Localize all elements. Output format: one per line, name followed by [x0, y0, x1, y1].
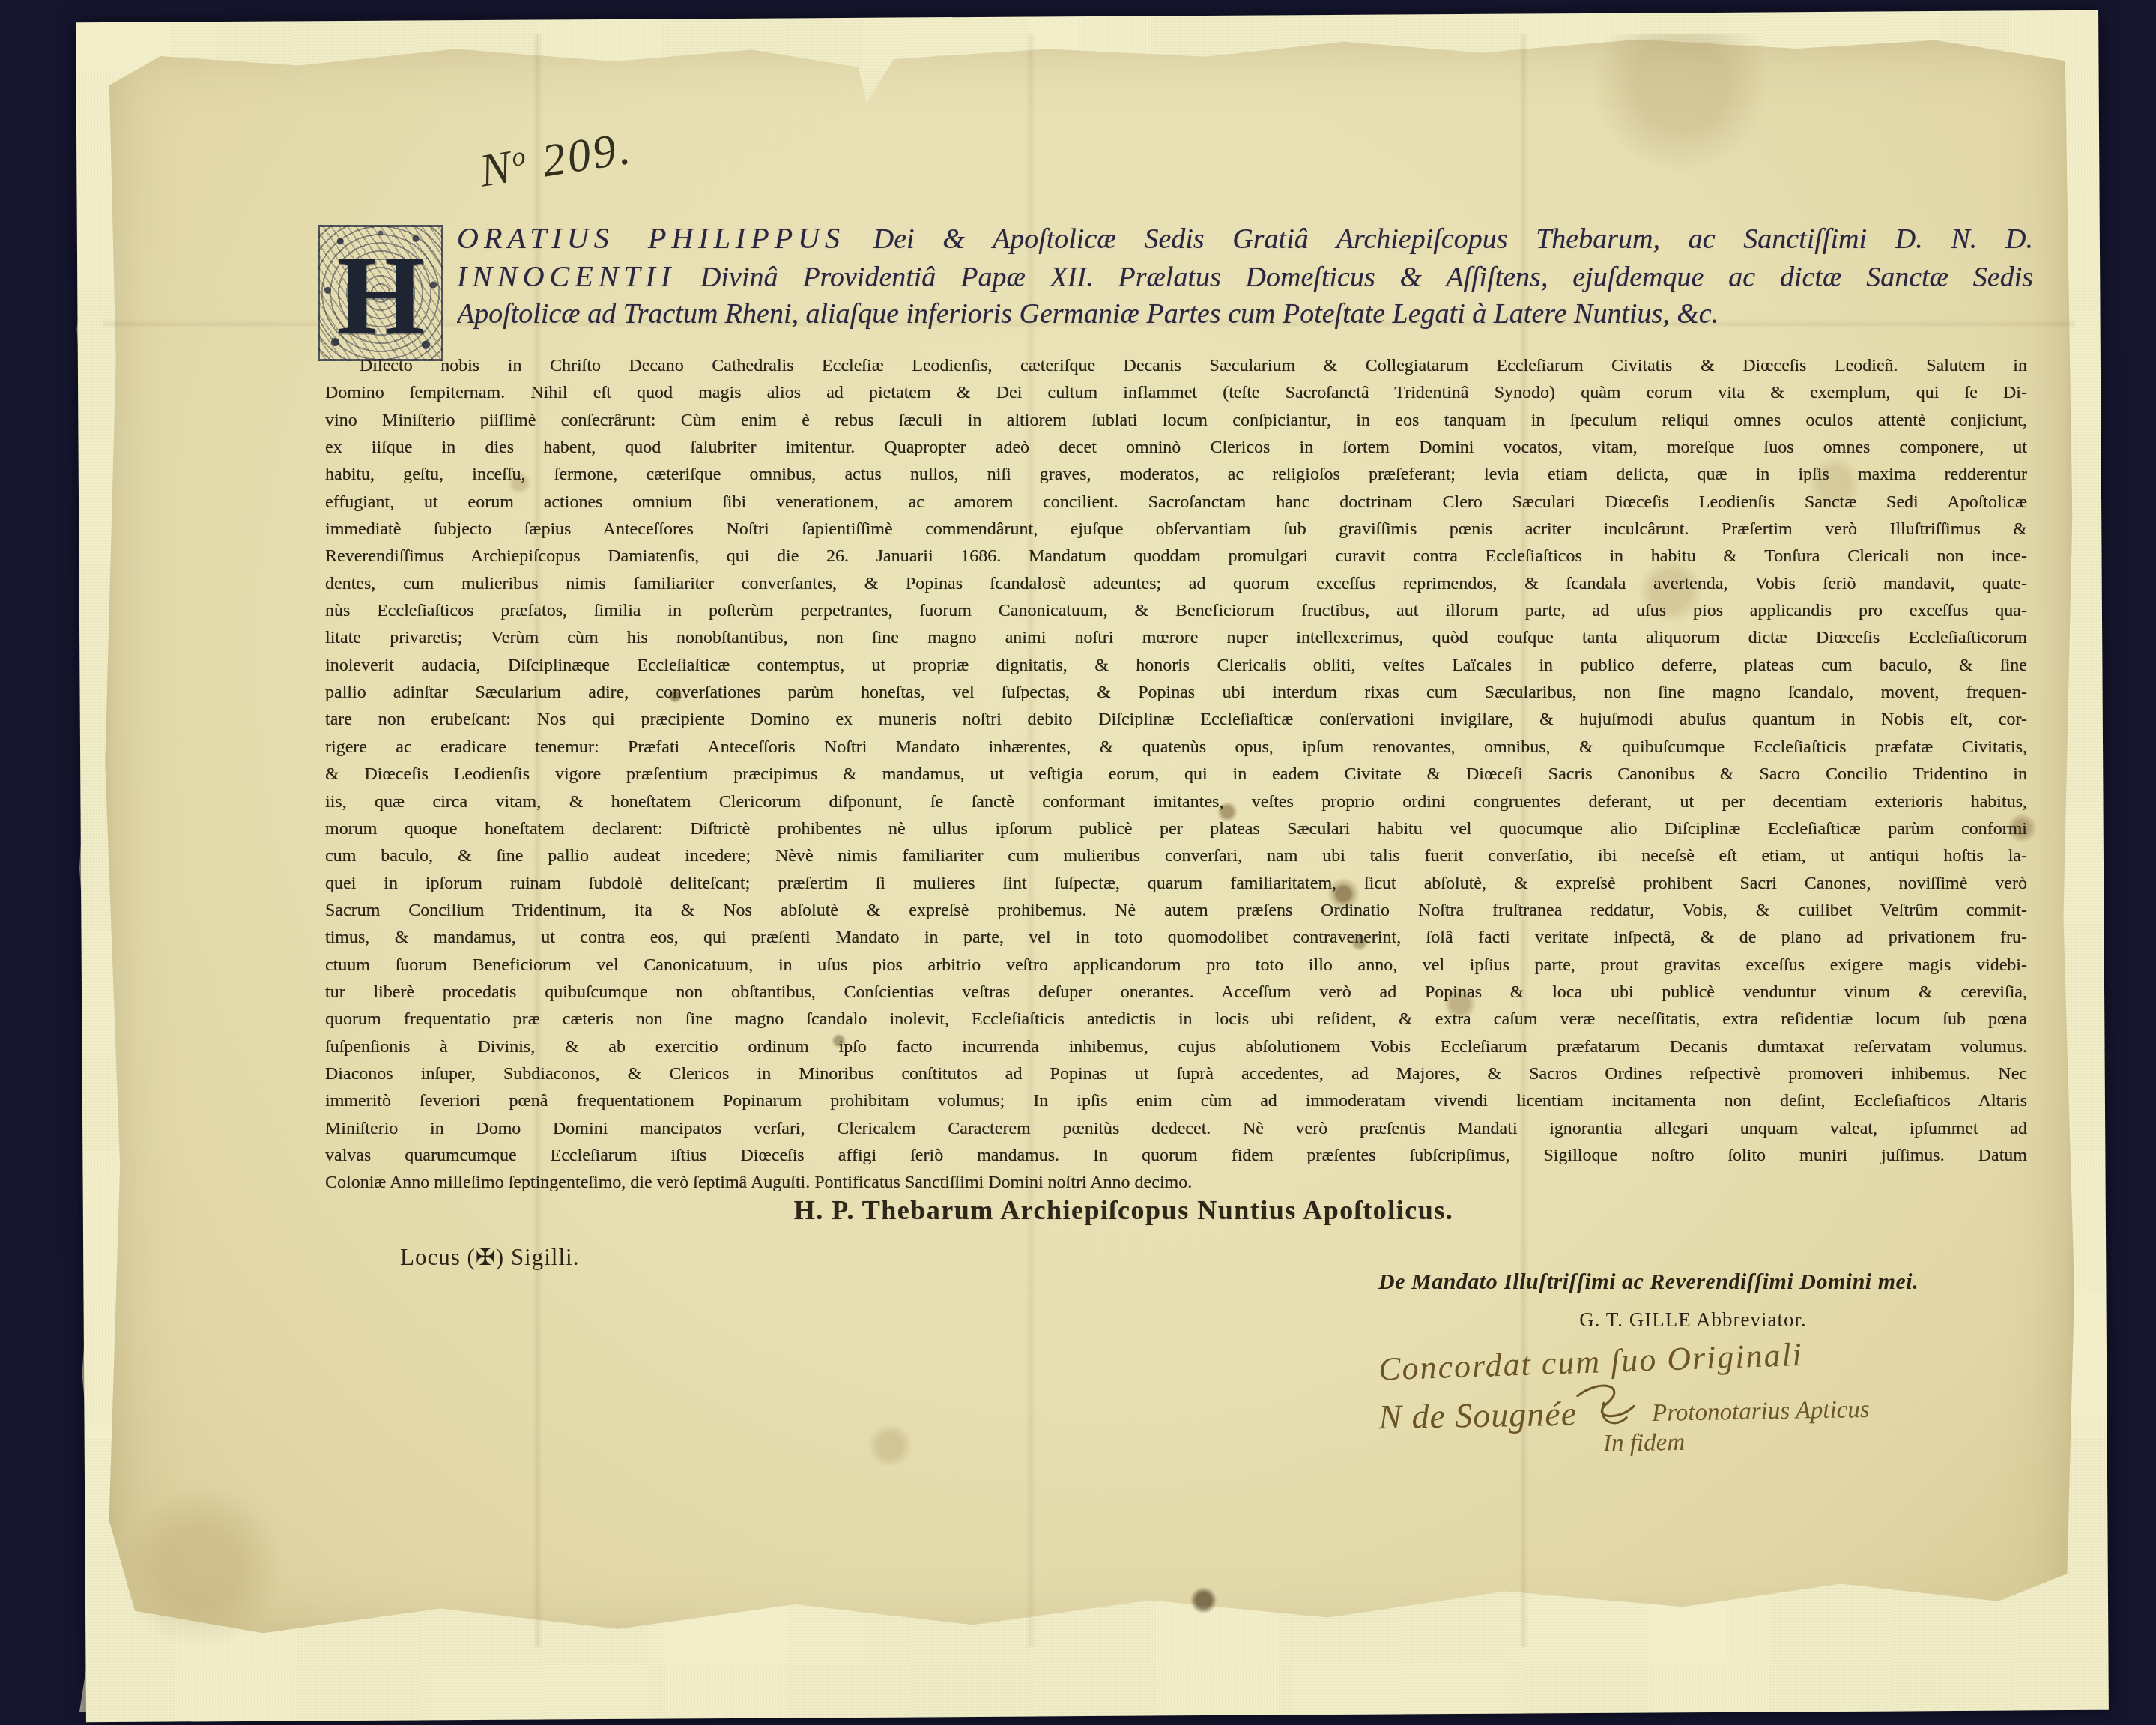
- body-line: effugiant, ut eorum actiones omnium ſibi…: [325, 489, 2027, 516]
- body-line: timus, & mandamus, ut contra eos, qui pr…: [325, 924, 2027, 951]
- body-line: habitu, geſtu, inceſſu, ſermone, cæteriſ…: [325, 461, 2027, 488]
- header-line-caps: INNOCENTII: [457, 259, 676, 293]
- body-line: rigere ac eradicare tenemur: Præfati Ant…: [325, 734, 2027, 761]
- body-line: iis, quæ circa vitam, & honeſtatem Cleri…: [325, 788, 2027, 815]
- abbreviator-line: G. T. GILLE Abbreviator.: [1378, 1308, 2008, 1332]
- header-line-rest: Apoſtolicæ ad Tractum Rheni, aliaſque in…: [457, 298, 1719, 330]
- drop-cap-letter: H: [337, 232, 425, 360]
- scanned-document-page: 170 No 209. H ORATIUS PHILIPPUS Dei & Ap…: [0, 0, 2156, 1725]
- body-line: tur liberè procedatis quibuſcumque non o…: [325, 979, 2027, 1006]
- body-line: morum quoque honeſtatem declarent: Diſtr…: [325, 815, 2027, 842]
- body-line: Miniſterio in Domo Domini mancipatos ver…: [325, 1115, 2027, 1142]
- body-line: Coloniæ Anno milleſimo ſeptingenteſimo, …: [325, 1169, 2027, 1196]
- header-line-rest: Dei & Apoſtolicæ Sedis Gratiâ Archiepiſc…: [845, 223, 2033, 255]
- header-line: INNOCENTII Divinâ Providentiâ Papæ XII. …: [457, 257, 2033, 295]
- body-text-block: Dilecto nobis in Chriſto Decano Cathedra…: [325, 352, 2027, 1197]
- header-lines: ORATIUS PHILIPPUS Dei & Apoſtolicæ Sedis…: [457, 219, 2033, 361]
- header-line-caps: ORATIUS PHILIPPUS: [457, 221, 845, 255]
- body-line: Sacrum Concilium Tridentinum, ita & Nos …: [325, 897, 2027, 924]
- header-line-rest: Divinâ Providentiâ Papæ XII. Prælatus Do…: [676, 262, 2033, 293]
- body-line: Diaconos inſuper, Subdiaconos, & Clerico…: [325, 1060, 2027, 1087]
- body-line: cum baculo, & ſine pallio audeat inceder…: [325, 842, 2027, 869]
- body-line: dentes, cum mulieribus nimis familiarite…: [325, 570, 2027, 597]
- woodcut-initial-drop-cap: H: [318, 225, 443, 361]
- body-line: vino Miniſterio piiſſimè conſecrârunt: C…: [325, 407, 2027, 434]
- body-line: & Diœceſis Leodienſis vigore præſentium …: [325, 761, 2027, 788]
- body-line: tare non erubeſcant: Nos qui præcipiente…: [325, 706, 2027, 733]
- mandate-note: De Mandato Illuſtriſſimi ac Reverendiſſi…: [1378, 1269, 2008, 1295]
- header-line: Apoſtolicæ ad Tractum Rheni, aliaſque in…: [457, 295, 2033, 333]
- body-line: litate privaretis; Verùm cùm his nonobſt…: [325, 624, 2027, 651]
- body-line: Reverendiſſimus Archiepiſcopus Damiatenſ…: [325, 543, 2027, 570]
- body-line: immediatè ſubjecto ſæpius Anteceſſores N…: [325, 516, 2027, 543]
- body-line: Dilecto nobis in Chriſto Decano Cathedra…: [325, 352, 2027, 379]
- body-line: ctuum ſuorum Beneficiorum vel Canonicatu…: [325, 952, 2027, 979]
- body-line: quorum frequentatio præ cæteris non ſine…: [325, 1006, 2027, 1033]
- mandate-attestation-block: De Mandato Illuſtriſſimi ac Reverendiſſi…: [1378, 1269, 2008, 1454]
- body-line: immeritò ſeveriori pœnâ frequentationem …: [325, 1087, 2027, 1114]
- document-header: H ORATIUS PHILIPPUS Dei & Apoſtolicæ Sed…: [318, 219, 2033, 361]
- body-line: Domino ſempiternam. Nihil eſt quod magis…: [325, 379, 2027, 406]
- notary-signature: N de Sougnée: [1378, 1394, 1578, 1437]
- body-line: ex iiſque in dies habent, quod ſalubrite…: [325, 434, 2027, 461]
- signature-flourish: [1573, 1380, 1641, 1434]
- body-line: valvas quarumcumque Eccleſiarum iſtius D…: [325, 1142, 2027, 1169]
- body-line: pallio adinſtar Sæcularium adire, conver…: [325, 679, 2027, 706]
- body-line: ſuſpenſionis à Divinis, & ab exercitio o…: [325, 1033, 2027, 1060]
- locus-sigilli-note: Locus (✠) Sigilli.: [400, 1244, 579, 1271]
- body-line: nùs Eccleſiaſticos præfatos, ſimilia in …: [325, 597, 2027, 624]
- header-line: ORATIUS PHILIPPUS Dei & Apoſtolicæ Sedis…: [457, 219, 2033, 257]
- body-line: inoleverit audacia, Diſciplinæque Eccleſ…: [325, 652, 2027, 679]
- archbishop-signature-line: H. P. Thebarum Archiepiſcopus Nuntius Ap…: [375, 1194, 1873, 1226]
- body-line: quei in ipſorum ruinam ſubdolè deliteſca…: [325, 870, 2027, 897]
